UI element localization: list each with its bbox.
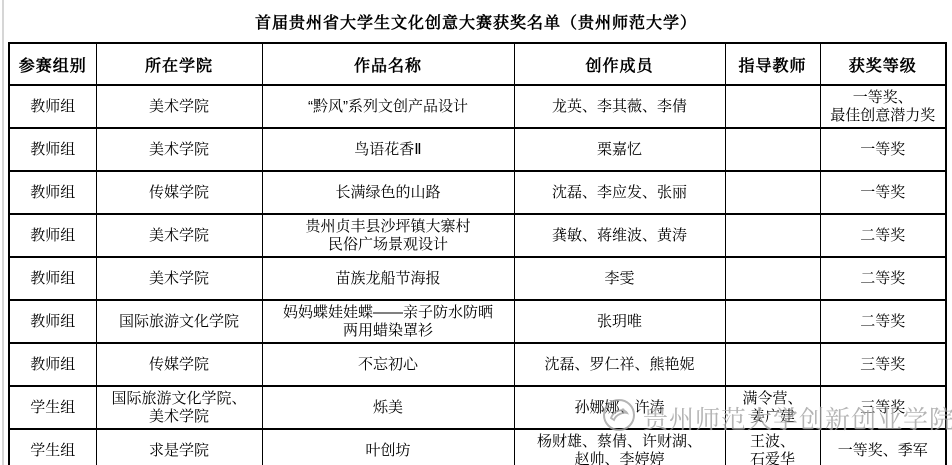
cell: 孙娜娜、许涛 [514,386,725,429]
cell: 美术学院 [96,214,262,257]
cell: 三等奖 [820,343,946,386]
cell: 不忘初心 [262,343,514,386]
cell: 苗族龙船节海报 [262,257,514,300]
document-page: 首届贵州省大学生文化创意大赛获奖名单（贵州师范大学） 参赛组别所在学院作品名称创… [0,0,952,465]
cell: 李雯 [514,257,725,300]
page-edge-line [2,0,4,465]
cell: 美术学院 [96,128,262,171]
cell: 三等奖 [820,386,946,429]
table-row: 教师组传媒学院不忘初心沈磊、罗仁祥、熊艳妮三等奖 [9,343,946,386]
cell: 沈磊、李应发、张丽 [514,171,725,214]
cell: 叶创坊 [262,429,514,465]
cell: 妈妈蝶娃娃蝶——亲子防水防晒 两用蜡染罩衫 [262,300,514,343]
table-row: 学生组求是学院叶创坊杨财雄、蔡倩、许财湖、 赵帅、李婷婷王波、 石爱华一等奖、季… [9,429,946,465]
cell: 一等奖、 最佳创意潜力奖 [820,85,946,128]
cell: 学生组 [9,386,96,429]
cell: 烁美 [262,386,514,429]
cell: 满令营、 姜广建 [725,386,820,429]
table-row: 教师组美术学院苗族龙船节海报李雯二等奖 [9,257,946,300]
cell: 鸟语花香Ⅱ [262,128,514,171]
cell [725,257,820,300]
awards-table: 参赛组别所在学院作品名称创作成员指导教师获奖等级 教师组美术学院“黔风”系列文创… [8,42,947,465]
cell: 教师组 [9,128,96,171]
cell [725,85,820,128]
page-title: 首届贵州省大学生文化创意大赛获奖名单（贵州师范大学） [0,10,952,33]
cell: 龙英、李其薇、李倩 [514,85,725,128]
table-row: 教师组国际旅游文化学院妈妈蝶娃娃蝶——亲子防水防晒 两用蜡染罩衫张玥唯二等奖 [9,300,946,343]
column-header: 参赛组别 [9,43,96,85]
table-header: 参赛组别所在学院作品名称创作成员指导教师获奖等级 [9,43,946,85]
cell: 栗嘉忆 [514,128,725,171]
cell: 教师组 [9,171,96,214]
column-header: 获奖等级 [820,43,946,85]
cell: 贵州贞丰县沙坪镇大寨村 民俗广场景观设计 [262,214,514,257]
cell: 杨财雄、蔡倩、许财湖、 赵帅、李婷婷 [514,429,725,465]
table-row: 教师组美术学院贵州贞丰县沙坪镇大寨村 民俗广场景观设计龚敏、蒋维波、黄涛二等奖 [9,214,946,257]
cell [725,300,820,343]
column-header: 作品名称 [262,43,514,85]
cell: 长满绿色的山路 [262,171,514,214]
column-header: 指导教师 [725,43,820,85]
cell: 龚敏、蒋维波、黄涛 [514,214,725,257]
cell [725,171,820,214]
cell [725,128,820,171]
cell: 传媒学院 [96,343,262,386]
cell: 教师组 [9,257,96,300]
table-row: 学生组国际旅游文化学院、 美术学院烁美孙娜娜、许涛满令营、 姜广建三等奖 [9,386,946,429]
cell: 二等奖 [820,214,946,257]
cell [725,214,820,257]
cell: 张玥唯 [514,300,725,343]
column-header: 所在学院 [96,43,262,85]
table-row: 教师组美术学院“黔风”系列文创产品设计龙英、李其薇、李倩一等奖、 最佳创意潜力奖 [9,85,946,128]
cell: 二等奖 [820,257,946,300]
column-header: 创作成员 [514,43,725,85]
cell: 求是学院 [96,429,262,465]
cell: 国际旅游文化学院、 美术学院 [96,386,262,429]
cell: 教师组 [9,85,96,128]
cell: 二等奖 [820,300,946,343]
cell: 传媒学院 [96,171,262,214]
table-body: 教师组美术学院“黔风”系列文创产品设计龙英、李其薇、李倩一等奖、 最佳创意潜力奖… [9,85,946,465]
cell: 美术学院 [96,85,262,128]
cell: 国际旅游文化学院 [96,300,262,343]
cell [725,343,820,386]
cell: 一等奖、季军 [820,429,946,465]
cell: 王波、 石爱华 [725,429,820,465]
table-row: 教师组传媒学院长满绿色的山路沈磊、李应发、张丽一等奖 [9,171,946,214]
cell: 教师组 [9,300,96,343]
cell: 沈磊、罗仁祥、熊艳妮 [514,343,725,386]
cell: 一等奖 [820,128,946,171]
cell: 美术学院 [96,257,262,300]
header-row: 参赛组别所在学院作品名称创作成员指导教师获奖等级 [9,43,946,85]
cell: 学生组 [9,429,96,465]
cell: 教师组 [9,343,96,386]
cell: 教师组 [9,214,96,257]
cell: “黔风”系列文创产品设计 [262,85,514,128]
cell: 一等奖 [820,171,946,214]
table-row: 教师组美术学院鸟语花香Ⅱ栗嘉忆一等奖 [9,128,946,171]
